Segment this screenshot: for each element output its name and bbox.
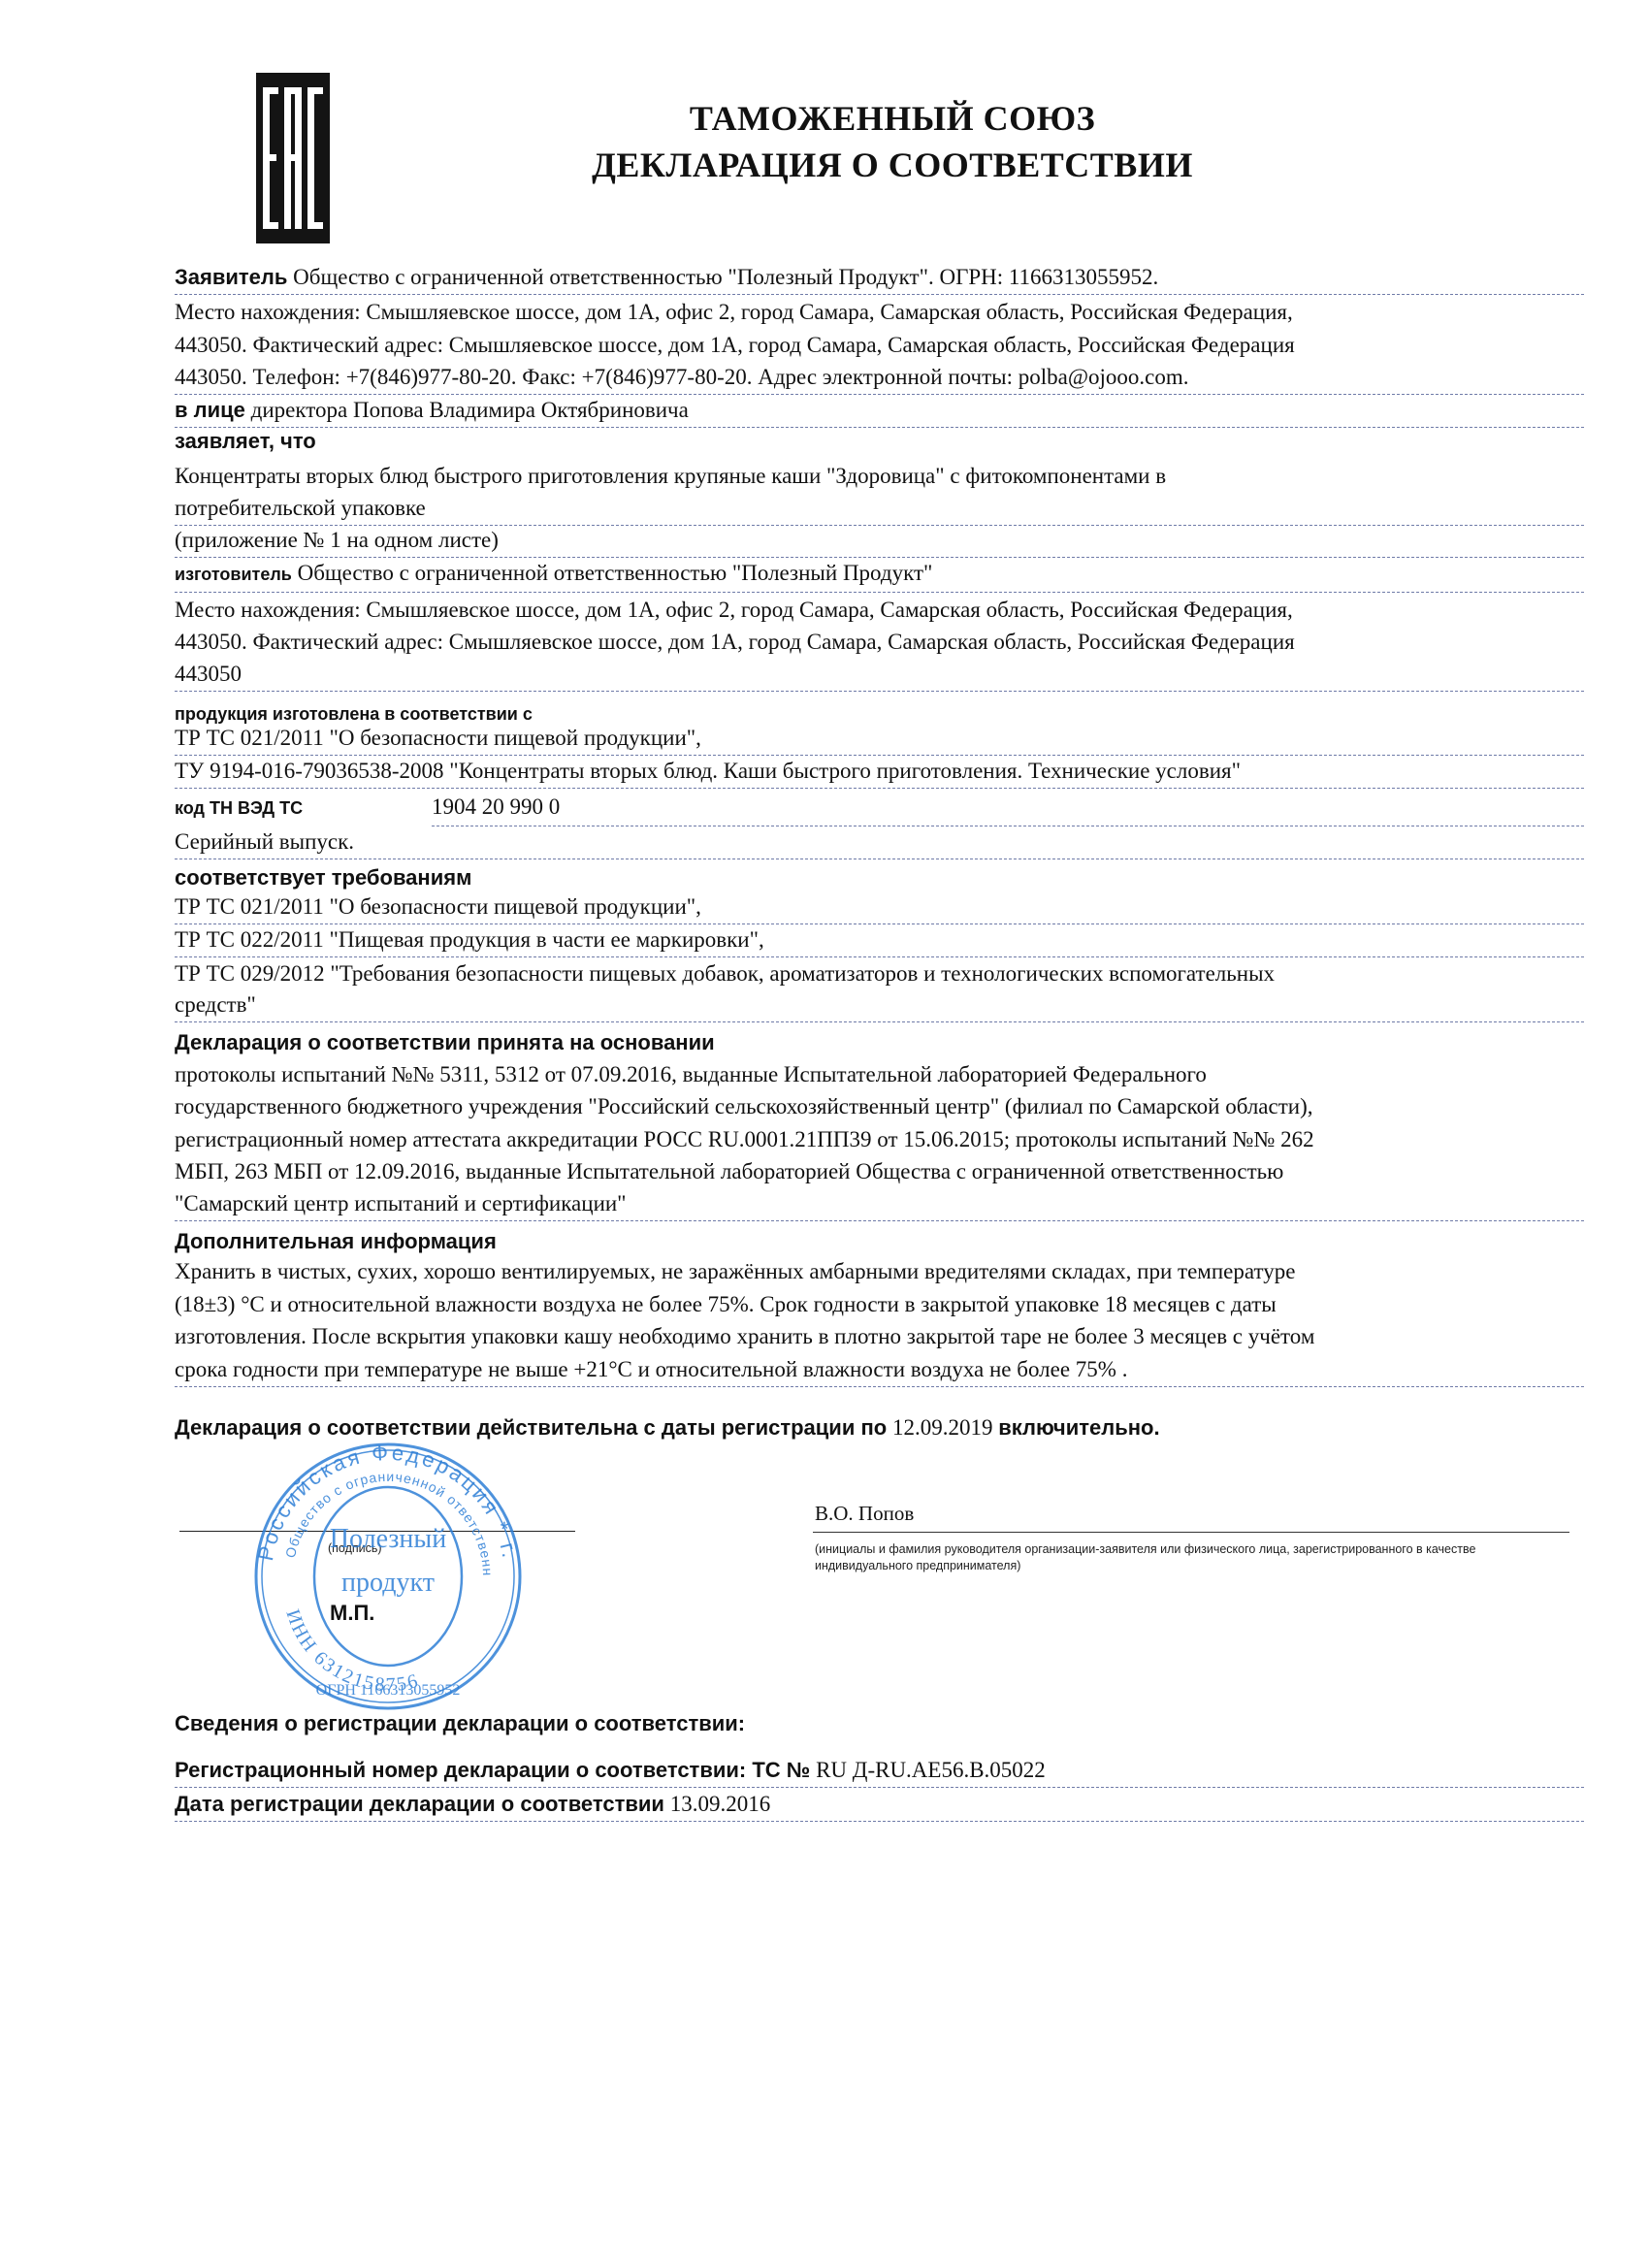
registration-date-row: Дата регистрации декларации о соответств… — [175, 1788, 1584, 1820]
additional-label: Дополнительная информация — [175, 1229, 497, 1253]
applicant-name: Общество с ограниченной ответственностью… — [293, 265, 1158, 289]
signer-name-line — [813, 1532, 1569, 1533]
represented-by-name: директора Попова Владимира Октябриновича — [251, 398, 689, 422]
applicant-label: Заявитель — [175, 265, 287, 289]
represented-by-row: в лице директора Попова Владимира Октябр… — [175, 394, 1584, 426]
produced-per-item-2: ТУ 9194-016-79036538-2008 "Концентраты в… — [175, 755, 1584, 787]
basis-line-1: протоколы испытаний №№ 5311, 5312 от 07.… — [175, 1058, 1584, 1090]
svg-text:ОГРН 1166313055952: ОГРН 1166313055952 — [316, 1682, 461, 1699]
registration-number-label: Регистрационный номер декларации о соотв… — [175, 1758, 810, 1782]
signer-caption-line-2: индивидуального предпринимателя) — [815, 1558, 1581, 1574]
validity-suffix: включительно. — [998, 1415, 1159, 1440]
svg-text:продукт: продукт — [341, 1568, 435, 1598]
declares-label-row: заявляет, что — [175, 425, 1584, 457]
declares-label: заявляет, что — [175, 429, 316, 453]
validity-date: 12.09.2019 — [892, 1415, 993, 1440]
additional-label-row: Дополнительная информация — [175, 1225, 1584, 1257]
applicant-address-line-2: 443050. Фактический адрес: Смышляевское … — [175, 329, 1584, 361]
svg-text:Полезный: Полезный — [330, 1524, 446, 1554]
signer-caption-line-1: (инициалы и фамилия руководителя организ… — [815, 1541, 1581, 1558]
registration-date-value: 13.09.2016 — [670, 1792, 771, 1816]
registration-heading-row: Сведения о регистрации декларации о соот… — [175, 1707, 1584, 1739]
applicant-address-line-3: 443050. Телефон: +7(846)977-80-20. Факс:… — [175, 361, 1584, 393]
applicant-row: Заявитель Общество с ограниченной ответс… — [175, 261, 1584, 293]
basis-line-4: МБП, 263 МБП от 12.09.2016, выданные Исп… — [175, 1155, 1584, 1187]
basis-line-3: регистрационный номер аттестата аккредит… — [175, 1123, 1584, 1155]
basis-label: Декларация о соответствии принята на осн… — [175, 1030, 715, 1054]
conforms-item-3-line-1: ТР ТС 029/2012 "Требования безопасности … — [175, 957, 1584, 989]
product-line-2: потребительской упаковке — [175, 492, 1584, 524]
manufacturer-address-line-3: 443050 — [175, 658, 1584, 690]
additional-line-3: изготовления. После вскрытия упаковки ка… — [175, 1320, 1584, 1352]
company-stamp-icon: Российская Федерация * г. Самара * Общес… — [233, 1421, 543, 1712]
product-line-1: Концентраты вторых блюд быстрого пригото… — [175, 460, 1584, 492]
applicant-address-line-1: Место нахождения: Смышляевское шоссе, до… — [175, 296, 1584, 328]
manufacturer-row: изготовитель Общество с ограниченной отв… — [175, 557, 1584, 591]
manufacturer-name: Общество с ограниченной ответственностью… — [298, 561, 933, 585]
hs-code-row: код ТН ВЭД ТС1904 20 990 0 — [175, 791, 1584, 825]
additional-line-2: (18±3) °С и относительной влажности возд… — [175, 1288, 1584, 1320]
produced-per-item-1: ТР ТС 021/2011 "О безопасности пищевой п… — [175, 722, 1584, 754]
registration-number-row: Регистрационный номер декларации о соотв… — [175, 1754, 1584, 1786]
conforms-item-3-line-2: средств" — [175, 988, 1584, 1021]
basis-line-5: "Самарский центр испытаний и сертификаци… — [175, 1187, 1584, 1219]
serial-release: Серийный выпуск. — [175, 826, 1584, 858]
signer-name: В.О. Попов — [815, 1502, 914, 1526]
conforms-item-2: ТР ТС 022/2011 "Пищевая продукция в част… — [175, 923, 1584, 956]
conforms-label-row: соответствует требованиям — [175, 861, 1584, 893]
document-title: ТАМОЖЕННЫЙ СОЮЗ ДЕКЛАРАЦИЯ О СООТВЕТСТВИ… — [524, 95, 1261, 188]
basis-label-row: Декларация о соответствии принята на осн… — [175, 1026, 1584, 1058]
manufacturer-label: изготовитель — [175, 565, 292, 584]
manufacturer-address-line-2: 443050. Фактический адрес: Смышляевское … — [175, 626, 1584, 658]
registration-heading: Сведения о регистрации декларации о соот… — [175, 1711, 745, 1735]
manufacturer-address-line-1: Место нахождения: Смышляевское шоссе, до… — [175, 594, 1584, 626]
registration-number-value: RU Д-RU.АЕ56.В.05022 — [816, 1758, 1046, 1782]
appendix-note: (приложение № 1 на одном листе) — [175, 524, 1584, 556]
eac-mark-icon — [256, 73, 330, 243]
hs-code-label: код ТН ВЭД ТС — [175, 793, 432, 825]
registration-date-label: Дата регистрации декларации о соответств… — [175, 1792, 664, 1816]
additional-line-1: Хранить в чистых, сухих, хорошо вентилир… — [175, 1255, 1584, 1287]
produced-per-label: продукция изготовлена в соответствии с — [175, 704, 533, 724]
basis-line-2: государственного бюджетного учреждения "… — [175, 1090, 1584, 1122]
title-line-declaration: ДЕКЛАРАЦИЯ О СООТВЕТСТВИИ — [524, 142, 1261, 188]
additional-line-4: срока годности при температуре не выше +… — [175, 1353, 1584, 1385]
conforms-label: соответствует требованиям — [175, 865, 471, 890]
represented-label: в лице — [175, 398, 245, 422]
title-line-customs-union: ТАМОЖЕННЫЙ СОЮЗ — [524, 95, 1261, 142]
hs-code-value: 1904 20 990 0 — [432, 794, 560, 819]
conforms-item-1: ТР ТС 021/2011 "О безопасности пищевой п… — [175, 891, 1584, 923]
signer-caption: (инициалы и фамилия руководителя организ… — [815, 1541, 1581, 1574]
